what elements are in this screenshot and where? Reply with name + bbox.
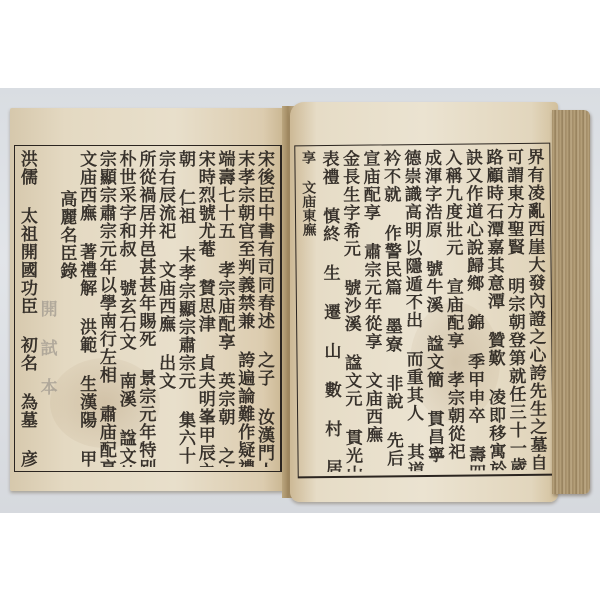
left-page-ruled-frame: 宋後臣中書有司同春述 之子 汝漢門人歷事三朝 仁祖 末孝宗朝官至判義禁兼 誇遍論… bbox=[14, 145, 282, 472]
text-column: 宗右辰流祀 文庙西廡 出文 bbox=[157, 150, 177, 467]
text-column: 所從禍居并邑甚甚年賜死 景宗元年特别伸冤 bbox=[138, 150, 158, 467]
text-column: 表禮 慎終 生 遷 山 數 村 居 終 漢陽 戊申生 辛未卒 壽八十四 從 bbox=[320, 150, 344, 472]
text-column: 金長生字希元 號沙溪 諡文元 貫光山 黃岡繼輝之子 東谷門人 亡庙叁判 作 bbox=[340, 150, 364, 472]
book-photograph: 宋後臣中書有司同春述 之子 汝漢門人歷事三朝 仁祖 末孝宗朝官至判義禁兼 誇遍論… bbox=[0, 88, 600, 513]
text-column: 衿不就 作警民篇 墨寮 非說 先后 坡州 長湍 壽六十九 贈左相 bbox=[381, 149, 405, 471]
text-column: 宣庙配享 肅宗元年從享 文庙西廡 bbox=[361, 149, 385, 471]
text-column: 入稱九度壯元 宣庙配享 孝宗朝從祀 文庙東廡 bbox=[443, 149, 467, 471]
left-page-text-columns: 宋後臣中書有司同春述 之子 汝漢門人歷事三朝 仁祖 末孝宗朝官至判義禁兼 誇遍論… bbox=[19, 150, 276, 467]
text-column: 宋後臣中書有司同春述 之子 汝漢門人歷事三朝 仁祖 bbox=[256, 150, 276, 467]
text-column: 訣又作道心說歸鄉 錦 季甲申卒 壽四十九 道學為儒林 宗周之衛 bbox=[463, 148, 487, 470]
text-column: 享 文庙東廡 bbox=[299, 150, 323, 472]
right-page-text-columns: 界有凌亂西崖大發內證之心誇先生之墓自服再拜回先生兵 可謂東方聖賢 明宗朝登第就任… bbox=[299, 148, 548, 473]
text-column: 朴世采字和叔 號玄石文 南溪 諡文純 貫潘南 年 薄之子 遵庵門人 歷事三朝 孝 bbox=[118, 150, 138, 467]
right-page-ruled-frame: 界有凌亂西崖大發內證之心誇先生之墓自服再拜回先生兵 可謂東方聖賢 明宗朝登第就任… bbox=[294, 143, 553, 479]
right-page: 界有凌亂西崖大發內證之心誇先生之墓自服再拜回先生兵 可謂東方聖賢 明宗朝登第就任… bbox=[290, 102, 558, 502]
text-column: 宗顯宗肅宗元年以學南行左相 肅庙配享 英宗甲申從享 bbox=[98, 150, 118, 467]
text-column: 末孝宗朝官至判義禁兼 誇遍論難作疑禮問解生漢陵居終 bbox=[236, 150, 256, 467]
text-column: 德崇識高明以隱遁不出 而重其人 其道德時除大提學一 參贊國 bbox=[402, 149, 426, 471]
section-heading: 高麗名臣錄 bbox=[59, 150, 79, 467]
text-column: 可謂東方聖賢 明宗朝登第就任三十一歲為海西伯西巡回 bbox=[504, 148, 528, 470]
text-column: 洪儒 太祖開國功臣 初名 為墓 彦日 肆群臣 雲伍保 姻 夕 騎 將 洪 bbox=[19, 150, 39, 467]
text-column: 端壽七十五 孝宗庙配享 英宗朝 之中從事文庙東廡 bbox=[217, 150, 237, 467]
text-column: 文庙西廡 著禮解 洪範 生漢陽 甲閏 居平山 遂終 漢陽 壽六十六 bbox=[78, 150, 98, 467]
left-page: 宋後臣中書有司同春述 之子 汝漢門人歷事三朝 仁祖 末孝宗朝官至判義禁兼 誇遍論… bbox=[10, 108, 285, 491]
text-column: 朝 仁祖 末孝宗顯宗肅宗元 集六十一卷八十一歲 為小人叁齊 bbox=[177, 150, 197, 467]
faint-stamp-text: 開 試 本 bbox=[39, 150, 59, 467]
text-column: 路顧時石潭嘉其意潭 贊歎 凌即移寓於石潭村作家禮學要 bbox=[484, 148, 508, 470]
page-edges-stack bbox=[552, 110, 590, 494]
text-column: 成渾字浩原 號牛溪 諡文簡 貫昌寧 聽松守琛之子 南溟門人 宣祖朝 文臺道 bbox=[422, 149, 446, 471]
text-column: 宋時烈號尤菴 賛思津 貞夫明峯甲辰之子汝漢門人歷事四 bbox=[197, 150, 217, 467]
text-column: 界有凌亂西崖大發內證之心誇先生之墓自服再拜回先生兵 bbox=[525, 148, 549, 470]
